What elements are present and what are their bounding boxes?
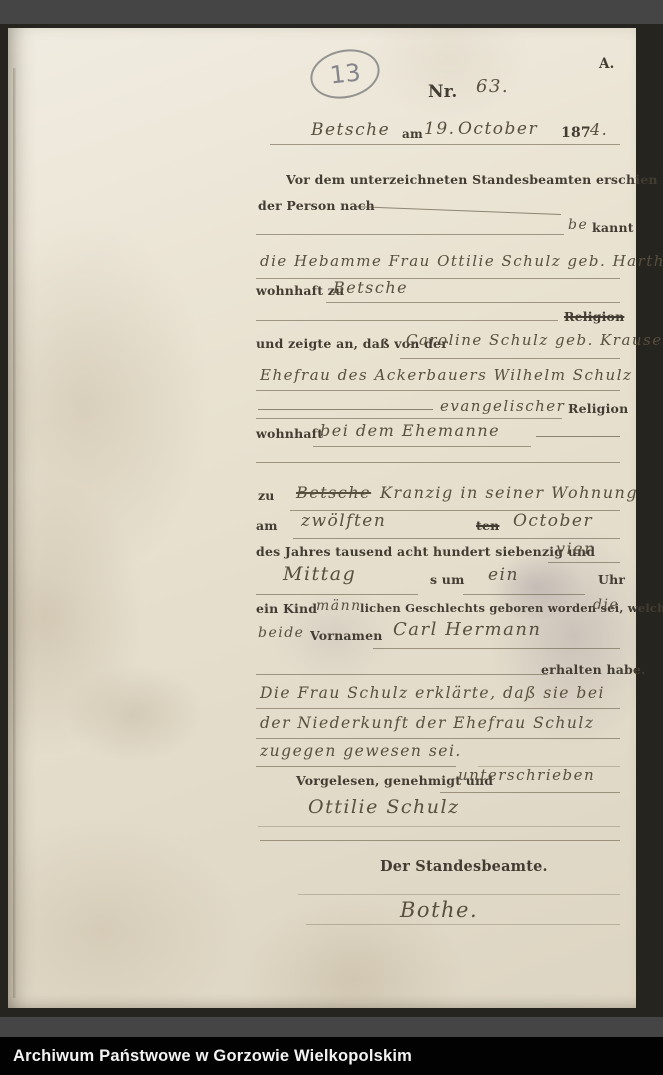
dateline-year-written: 4. <box>590 122 608 138</box>
erhalten-label: erhalten habe. <box>541 664 646 677</box>
time-um-label: s um <box>430 574 465 587</box>
ruled-line <box>258 826 620 827</box>
residence-value: Betsche <box>333 280 408 296</box>
pencil-annotation-circle: 13 <box>306 43 384 105</box>
ruled-line <box>373 648 620 649</box>
religion-value: evangelischer <box>440 399 565 414</box>
ruled-line <box>256 766 456 767</box>
ruled-line <box>256 234 564 235</box>
bekannt-printed: kannt <box>592 222 634 235</box>
statement-line-3: zugegen gewesen sei. <box>260 744 462 760</box>
birthplace-struck: Betsche <box>296 485 371 501</box>
document-page: 13 A. Nr. 63. Betsche am 19. October 187… <box>8 28 636 1008</box>
binding-crease <box>13 68 16 998</box>
ruled-line <box>256 738 620 739</box>
filler-dash <box>258 409 433 410</box>
ruled-line <box>256 390 620 391</box>
ruled-line <box>256 278 620 279</box>
ten-suffix-struck: ten <box>476 520 499 533</box>
mother-description: Ehefrau des Ackerbauers Wilhelm Schulz <box>260 368 632 383</box>
statement-line-2: der Niederkunft der Ehefrau Schulz <box>260 716 594 732</box>
archive-scan-view: 13 A. Nr. 63. Betsche am 19. October 187… <box>0 0 663 1075</box>
registrar-signature: Bothe. <box>400 900 478 921</box>
gender-value: männ <box>316 599 362 613</box>
pencil-number: 13 <box>328 58 361 89</box>
ruled-line <box>256 708 620 709</box>
residence-label: wohnhaft zu <box>256 285 344 298</box>
form-number-value: 63. <box>476 78 509 96</box>
dateline-day: 19. <box>424 121 456 138</box>
ruled-line <box>256 418 562 419</box>
residence2-label: wohnhaft <box>256 428 323 441</box>
ruled-line <box>270 144 620 145</box>
form-number-label: Nr. <box>428 84 457 101</box>
declarant-signature: Ottilie Schulz <box>308 798 460 817</box>
mother-name: Caroline Schulz geb. Krause, <box>406 333 663 348</box>
ruled-line <box>256 320 558 321</box>
dateline-place: Betsche <box>311 122 390 139</box>
birth-month-value: October <box>513 513 593 530</box>
ruled-line <box>313 446 531 447</box>
ruled-line <box>256 674 548 675</box>
ruled-line <box>306 924 620 925</box>
register-book-cover: 13 A. Nr. 63. Betsche am 19. October 187… <box>0 24 663 1017</box>
dateline-am: am <box>402 128 423 140</box>
ruled-line <box>256 462 620 463</box>
ruled-line <box>260 840 620 841</box>
hour-value: ein <box>488 567 519 584</box>
dateline-year-printed: 187 <box>561 126 591 140</box>
time-of-day-value: Mittag <box>283 565 356 584</box>
intro-sentence: Vor dem unterzeichneten Standesbeamten e… <box>286 174 663 187</box>
declarant-name: die Hebamme Frau Ottilie Schulz geb. Har… <box>260 254 663 269</box>
handwritten-stroke <box>353 206 561 215</box>
ruled-line <box>548 562 620 563</box>
uhr-label: Uhr <box>598 574 625 587</box>
religion-label: Religion <box>568 403 628 416</box>
residence2-value: bei dem Ehemanne <box>320 423 500 439</box>
archive-footer-bar: Archiwum Państwowe w Gorzowie Wielkopols… <box>0 1037 663 1075</box>
filler-dash <box>536 436 620 437</box>
ruled-line <box>256 594 418 595</box>
welches-handwritten: die <box>593 598 619 612</box>
birth-day-value: zwölften <box>301 513 386 530</box>
birthplace-label: zu <box>258 490 275 503</box>
beide-handwritten: beide <box>258 626 304 640</box>
ruled-line <box>400 358 620 359</box>
year-value: vier <box>556 541 593 557</box>
birth-day-label: am <box>256 520 278 533</box>
closing-handwritten: unterschrieben <box>458 768 595 783</box>
registrar-label: Der Standesbeamte. <box>380 860 548 875</box>
bekannt-handwritten-prefix: be <box>568 218 588 232</box>
dateline-month: October <box>458 121 538 138</box>
ruled-line <box>298 894 620 895</box>
vornamen-label: Vornamen <box>310 630 383 643</box>
corner-letter: A. <box>599 58 615 72</box>
archive-name: Archiwum Państwowe w Gorzowie Wielkopols… <box>13 1047 412 1066</box>
given-names-value: Carl Hermann <box>393 621 542 639</box>
religion-label-struck: Religion <box>564 311 624 324</box>
ruled-line <box>326 302 620 303</box>
year-sentence: des Jahres tausend acht hundert siebenzi… <box>256 546 595 559</box>
statement-line-1: Die Frau Schulz erklärte, daß sie bei <box>260 686 605 702</box>
ruled-line <box>463 594 585 595</box>
birthplace-value: Kranzig in seiner Wohnung <box>380 485 638 501</box>
child-sentence-prefix: ein Kind <box>256 603 317 616</box>
ruled-line <box>440 792 620 793</box>
